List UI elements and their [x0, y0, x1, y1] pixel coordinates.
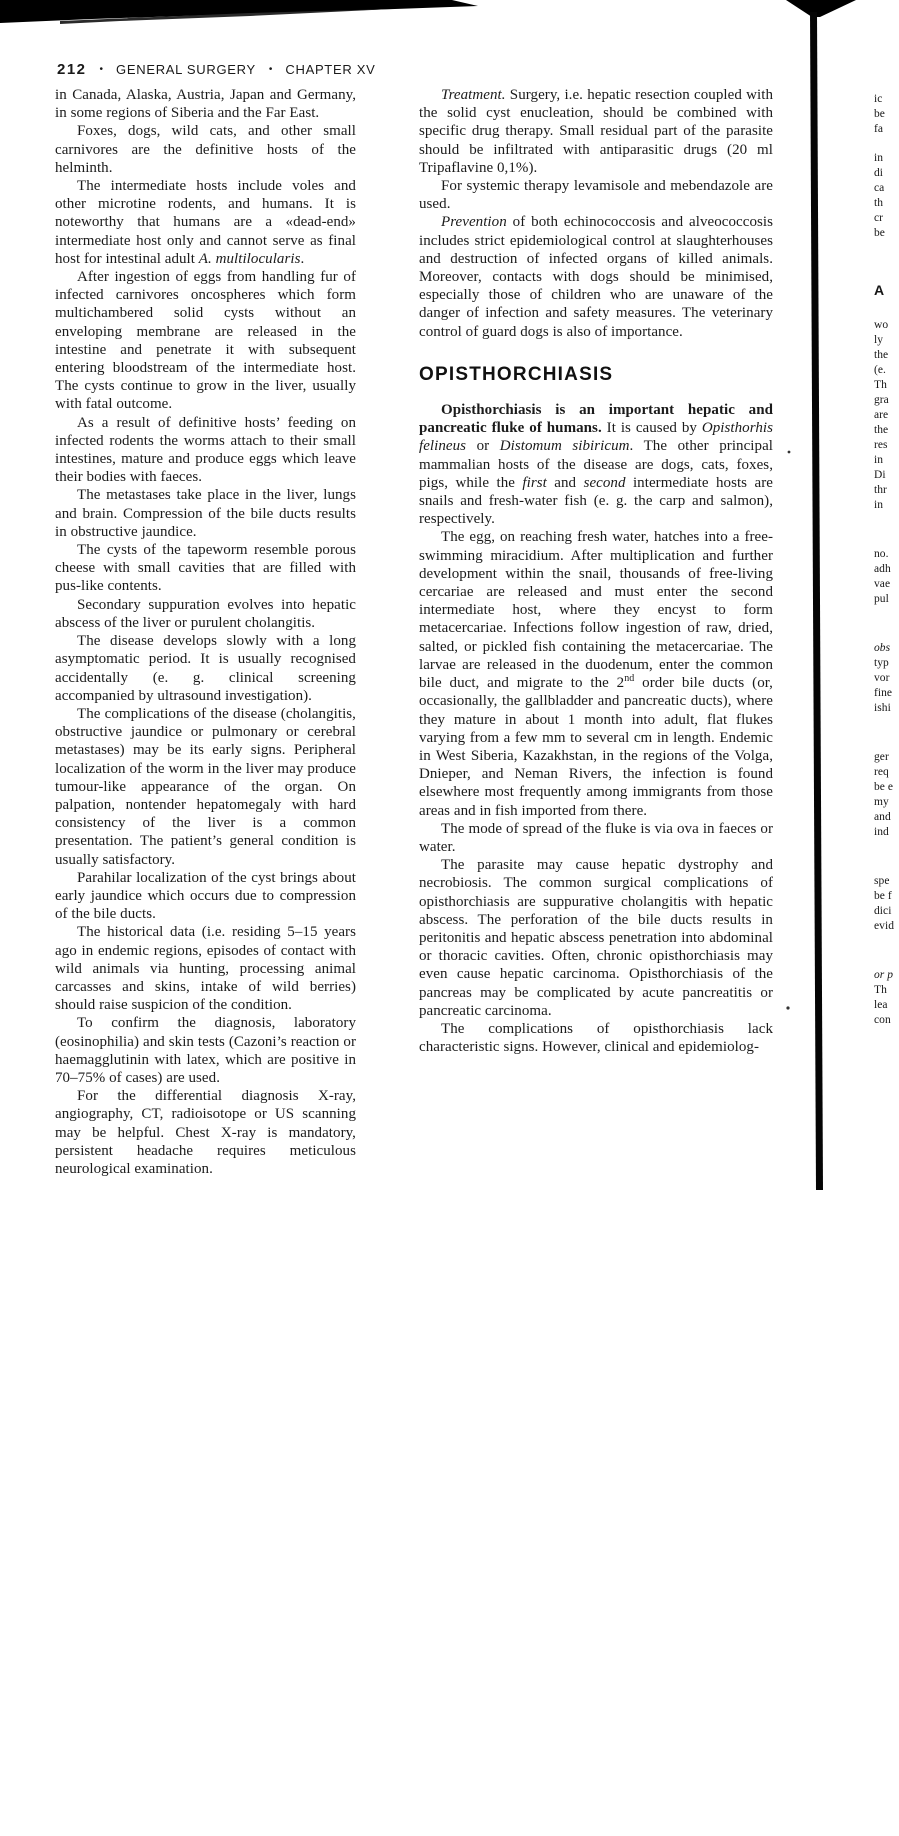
paragraph: Prevention of both echinococcosis and al…: [419, 213, 773, 340]
clipped-text-fragment: gra: [874, 393, 899, 408]
clipped-text-fragment: dici: [874, 904, 899, 919]
clipped-text-fragment: be e: [874, 780, 899, 795]
clipped-text-fragment: in: [874, 453, 899, 468]
clipped-text-fragment: in: [874, 498, 899, 513]
book-page: 212 • GENERAL SURGERY • CHAPTER XV in Ca…: [0, 0, 899, 1836]
clipped-text-fragment: di: [874, 166, 899, 181]
clipped-text-fragment: vor: [874, 671, 899, 686]
text-run-i: Prevention: [441, 214, 507, 230]
text-column-left: in Canada, Alaska, Austria, Japan and Ge…: [55, 86, 356, 1178]
paragraph: Opisthorchiasis is an important hepatic …: [419, 401, 773, 528]
paragraph: The mode of spread of the fluke is via o…: [419, 820, 773, 856]
text-run: in Canada, Alaska, Austria, Japan and Ge…: [55, 87, 356, 121]
paragraph: For the differential diagnosis X-ray, an…: [55, 1087, 356, 1178]
text-run: The complications of opisthorchiasis lac…: [419, 1021, 773, 1055]
text-run-sup: nd: [624, 673, 634, 684]
paragraph: Treatment. Surgery, i.e. hepatic resecti…: [419, 86, 773, 177]
clipped-text-fragment: Di: [874, 468, 899, 483]
fragment-group: or pThleacon: [874, 968, 899, 1028]
text-run-i: first: [522, 475, 546, 491]
text-run-i: Treatment.: [441, 87, 506, 103]
paragraph: For systemic therapy levamisole and mebe…: [419, 177, 773, 213]
clipped-text-fragment: req: [874, 765, 899, 780]
clipped-text-fragment: my: [874, 795, 899, 810]
clipped-text-fragment: thr: [874, 483, 899, 498]
paragraph: The intermediate hosts include voles and…: [55, 177, 356, 268]
clipped-text-fragment: (e.: [874, 363, 899, 378]
paragraph: Foxes, dogs, wild cats, and other small …: [55, 122, 356, 177]
scan-streak-top-left-wisp: [60, 9, 392, 24]
clipped-text-fragment: ishi: [874, 701, 899, 716]
separator-dot-icon: •: [269, 64, 273, 75]
text-run: .: [300, 251, 304, 267]
section-heading-fragment: A: [874, 283, 899, 298]
clipped-text-fragment: no.: [874, 547, 899, 562]
clipped-text-fragment: be f: [874, 889, 899, 904]
paragraph: The complications of opisthorchiasis lac…: [419, 1020, 773, 1056]
clipped-text-fragment: pul: [874, 592, 899, 607]
fragment-group: wolythe(e.ThgraaretheresinDithrin: [874, 318, 899, 513]
fragment-group: indicathcrbe: [874, 151, 899, 241]
text-run: The metastases take place in the liver, …: [55, 487, 356, 539]
paragraph: After ingestion of eggs from handling fu…: [55, 268, 356, 414]
text-run: The parasite may cause hepatic dystrophy…: [419, 857, 773, 1019]
text-run: The mode of spread of the fluke is via o…: [419, 821, 773, 855]
paragraph: To confirm the diagnosis, laboratory (eo…: [55, 1014, 356, 1087]
clipped-text-fragment: or p: [874, 968, 899, 983]
text-run: order bile ducts (or, occasionally, the …: [419, 675, 773, 818]
clipped-text-fragment: the: [874, 423, 899, 438]
paragraph: The disease develops slowly with a long …: [55, 632, 356, 705]
facing-page-edge-fragments: icbefaindicathcrbeAwolythe(e.Thgraarethe…: [874, 92, 899, 1062]
fragment-group: no.adhvaepul: [874, 547, 899, 607]
text-run: Parahilar localization of the cyst bring…: [55, 870, 356, 922]
clipped-text-fragment: ger: [874, 750, 899, 765]
text-run: of both echinococcosis and alveococcosis…: [419, 214, 773, 339]
paragraph: The egg, on reaching fresh water, hatche…: [419, 528, 773, 819]
clipped-text-fragment: th: [874, 196, 899, 211]
text-run: The disease develops slowly with a long …: [55, 633, 356, 704]
text-run: The historical data (i.e. residing 5–15 …: [55, 924, 356, 1013]
book-spine-bar: [810, 12, 823, 1190]
clipped-text-fragment: Th: [874, 983, 899, 998]
text-run: After ingestion of eggs from handling fu…: [55, 269, 356, 412]
clipped-text-fragment: be: [874, 107, 899, 122]
separator-dot-icon: •: [100, 64, 104, 75]
text-column-middle: Treatment. Surgery, i.e. hepatic resecti…: [419, 86, 773, 1056]
paragraph: The historical data (i.e. residing 5–15 …: [55, 923, 356, 1014]
paragraph: The metastases take place in the liver, …: [55, 486, 356, 541]
text-run: or: [466, 438, 500, 454]
clipped-text-fragment: and: [874, 810, 899, 825]
text-run: Secondary suppuration evolves into hepat…: [55, 597, 356, 631]
scan-wedge-top-right: [786, 0, 856, 17]
clipped-text-fragment: lea: [874, 998, 899, 1013]
paragraph: Secondary suppuration evolves into hepat…: [55, 596, 356, 632]
running-title-section: GENERAL SURGERY: [116, 62, 256, 77]
running-title-chapter: CHAPTER XV: [285, 62, 375, 77]
clipped-text-fragment: obs: [874, 641, 899, 656]
page-number: 212: [57, 61, 87, 78]
text-run: It is caused by: [602, 420, 702, 436]
clipped-text-fragment: typ: [874, 656, 899, 671]
clipped-text-fragment: vae: [874, 577, 899, 592]
fragment-group: gerreqbe emyandind: [874, 750, 899, 840]
fragment-group: icbefa: [874, 92, 899, 137]
paragraph: in Canada, Alaska, Austria, Japan and Ge…: [55, 86, 356, 122]
text-run: The cysts of the tapeworm resemble porou…: [55, 542, 356, 594]
paragraph: Parahilar localization of the cyst bring…: [55, 869, 356, 924]
clipped-text-fragment: are: [874, 408, 899, 423]
clipped-text-fragment: in: [874, 151, 899, 166]
clipped-text-fragment: ca: [874, 181, 899, 196]
text-run-i: second: [584, 475, 626, 491]
text-run: The complications of the disease (cholan…: [55, 706, 356, 868]
clipped-text-fragment: res: [874, 438, 899, 453]
clipped-text-fragment: ly: [874, 333, 899, 348]
clipped-text-fragment: spe: [874, 874, 899, 889]
clipped-text-fragment: ic: [874, 92, 899, 107]
fragment-group: spebe fdicievid: [874, 874, 899, 934]
fragment-group: obstypvorfineishi: [874, 641, 899, 716]
paragraph: The cysts of the tapeworm resemble porou…: [55, 541, 356, 596]
clipped-text-fragment: cr: [874, 211, 899, 226]
text-run: For the differential diagnosis X-ray, an…: [55, 1088, 356, 1177]
scan-speckle: [788, 451, 791, 454]
text-run: For systemic therapy levamisole and mebe…: [419, 178, 773, 212]
page-header: 212 • GENERAL SURGERY • CHAPTER XV: [57, 61, 375, 78]
text-run: To confirm the diagnosis, laboratory (eo…: [55, 1015, 356, 1086]
clipped-text-fragment: fa: [874, 122, 899, 137]
paragraph: The complications of the disease (cholan…: [55, 705, 356, 869]
text-run: and: [547, 475, 584, 491]
scan-speckle: [786, 1006, 789, 1009]
clipped-text-fragment: con: [874, 1013, 899, 1028]
text-run: Foxes, dogs, wild cats, and other small …: [55, 123, 356, 175]
clipped-text-fragment: the: [874, 348, 899, 363]
clipped-text-fragment: adh: [874, 562, 899, 577]
clipped-text-fragment: wo: [874, 318, 899, 333]
scan-streak-top-left: [0, 0, 478, 23]
clipped-text-fragment: be: [874, 226, 899, 241]
section-heading: OPISTHORCHIASIS: [419, 366, 773, 384]
clipped-text-fragment: fine: [874, 686, 899, 701]
text-run-i: Distomum sibiricum: [500, 438, 630, 454]
clipped-text-fragment: ind: [874, 825, 899, 840]
text-run: The egg, on reaching fresh water, hatche…: [419, 529, 773, 691]
text-run-i: A. multilocularis: [199, 251, 301, 267]
clipped-text-fragment: evid: [874, 919, 899, 934]
paragraph: As a result of definitive hosts’ feeding…: [55, 414, 356, 487]
paragraph: The parasite may cause hepatic dystrophy…: [419, 856, 773, 1020]
text-run: As a result of definitive hosts’ feeding…: [55, 415, 356, 486]
clipped-text-fragment: Th: [874, 378, 899, 393]
